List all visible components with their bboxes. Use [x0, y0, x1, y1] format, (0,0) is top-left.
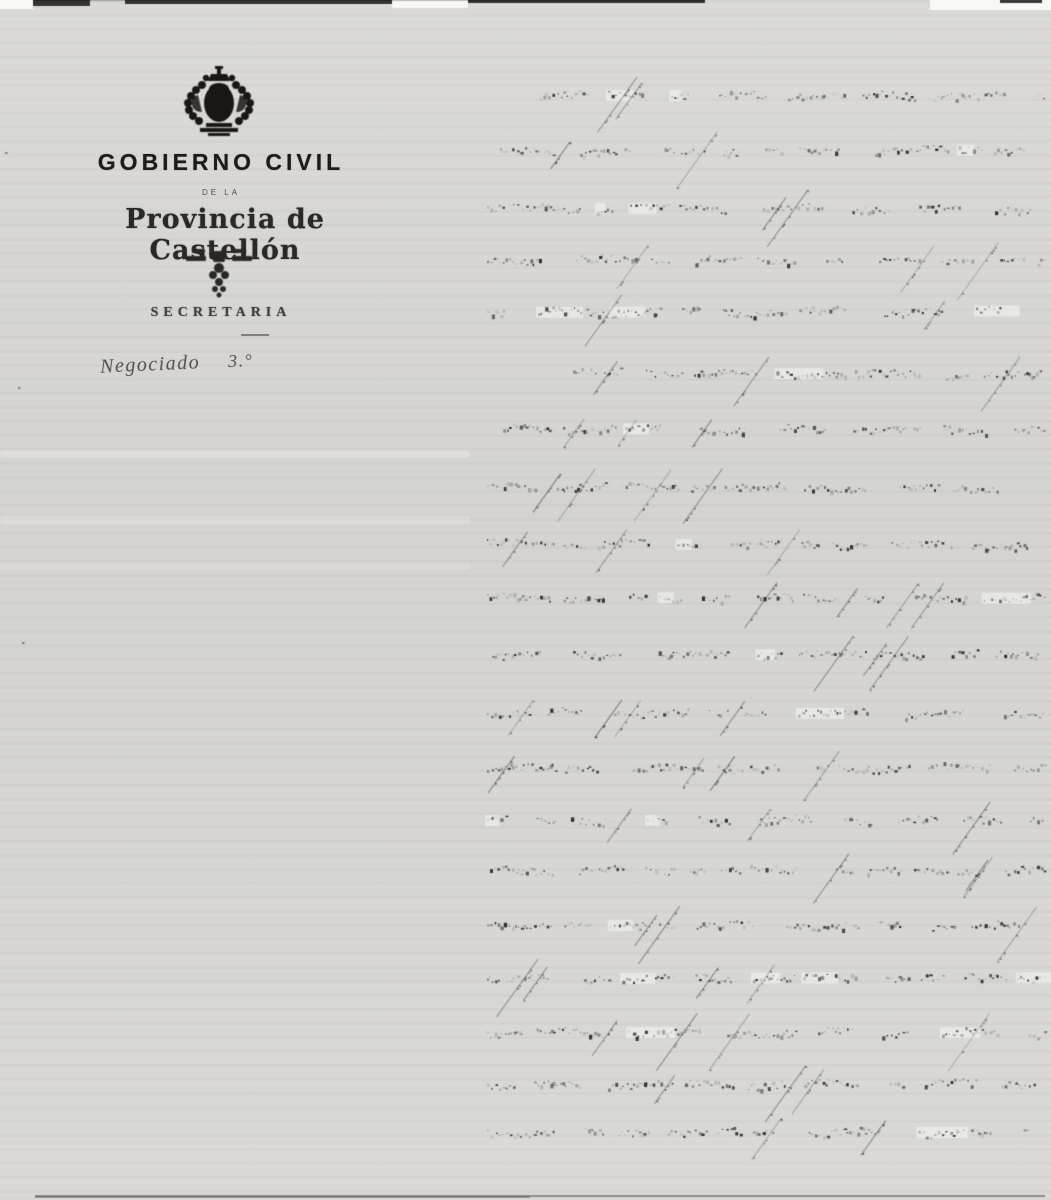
letterhead-connector: DE LA: [86, 188, 356, 197]
government-office-name: GOBIERNO CIVIL: [86, 149, 356, 177]
department-name: SECRETARIA: [86, 305, 356, 321]
negociado-line: Negociado3.°: [100, 346, 321, 379]
negociado-number: 3.°: [228, 350, 254, 371]
coat-of-arms-icon: [168, 64, 270, 142]
scanned-letter-page: GOBIERNO CIVIL DE LA Provincia de Castel…: [0, 0, 1051, 1200]
department-rule: [241, 334, 269, 336]
letterhead: GOBIERNO CIVIL DE LA Provincia de Castel…: [0, 0, 480, 420]
winged-flourish-icon: [186, 246, 252, 298]
negociado-label: Negociado: [100, 351, 201, 377]
